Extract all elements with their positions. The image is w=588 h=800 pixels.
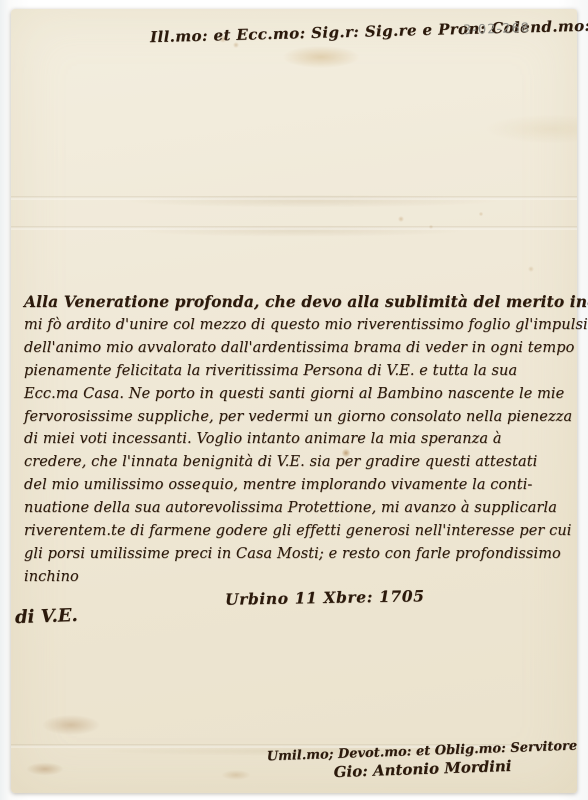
body-line: dell'animo mio avvalorato dall'ardentiss… [24, 337, 569, 360]
addressee-abbrev: di V.E. [15, 605, 78, 628]
body-line: Alla Veneratione profonda, che devo alla… [24, 291, 569, 314]
body-line: pienamente felicitata la riveritissima P… [24, 360, 569, 383]
dateline: Urbino 11 Xbre: 1705 [225, 586, 425, 608]
body-line: di miei voti incessanti. Voglio intanto … [24, 428, 569, 451]
body-line: gli porsi umilissime preci in Casa Mosti… [24, 543, 569, 566]
body-line: riverentem.te di farmene godere gli effe… [24, 520, 569, 543]
scanned-letter-page: { "letter": { "archive_number": "3-02-26… [0, 0, 588, 800]
body-line: Ecc.ma Casa. Ne porto in questi santi gi… [24, 383, 569, 406]
closing-word: inchino [24, 566, 569, 589]
body-line: fervorosissime suppliche, per vedermi un… [24, 406, 569, 429]
body-line: nuatione della sua autorevolissima Prote… [24, 497, 569, 520]
archive-number: 3-02-268 [463, 21, 530, 38]
body-line: del mio umilissimo ossequio, mentre impl… [24, 474, 569, 497]
letter-body: Alla Veneratione profonda, che devo alla… [24, 291, 569, 589]
body-line: mi fò ardito d'unire col mezzo di questo… [24, 314, 569, 337]
body-line: credere, che l'innata benignità di V.E. … [24, 451, 569, 474]
